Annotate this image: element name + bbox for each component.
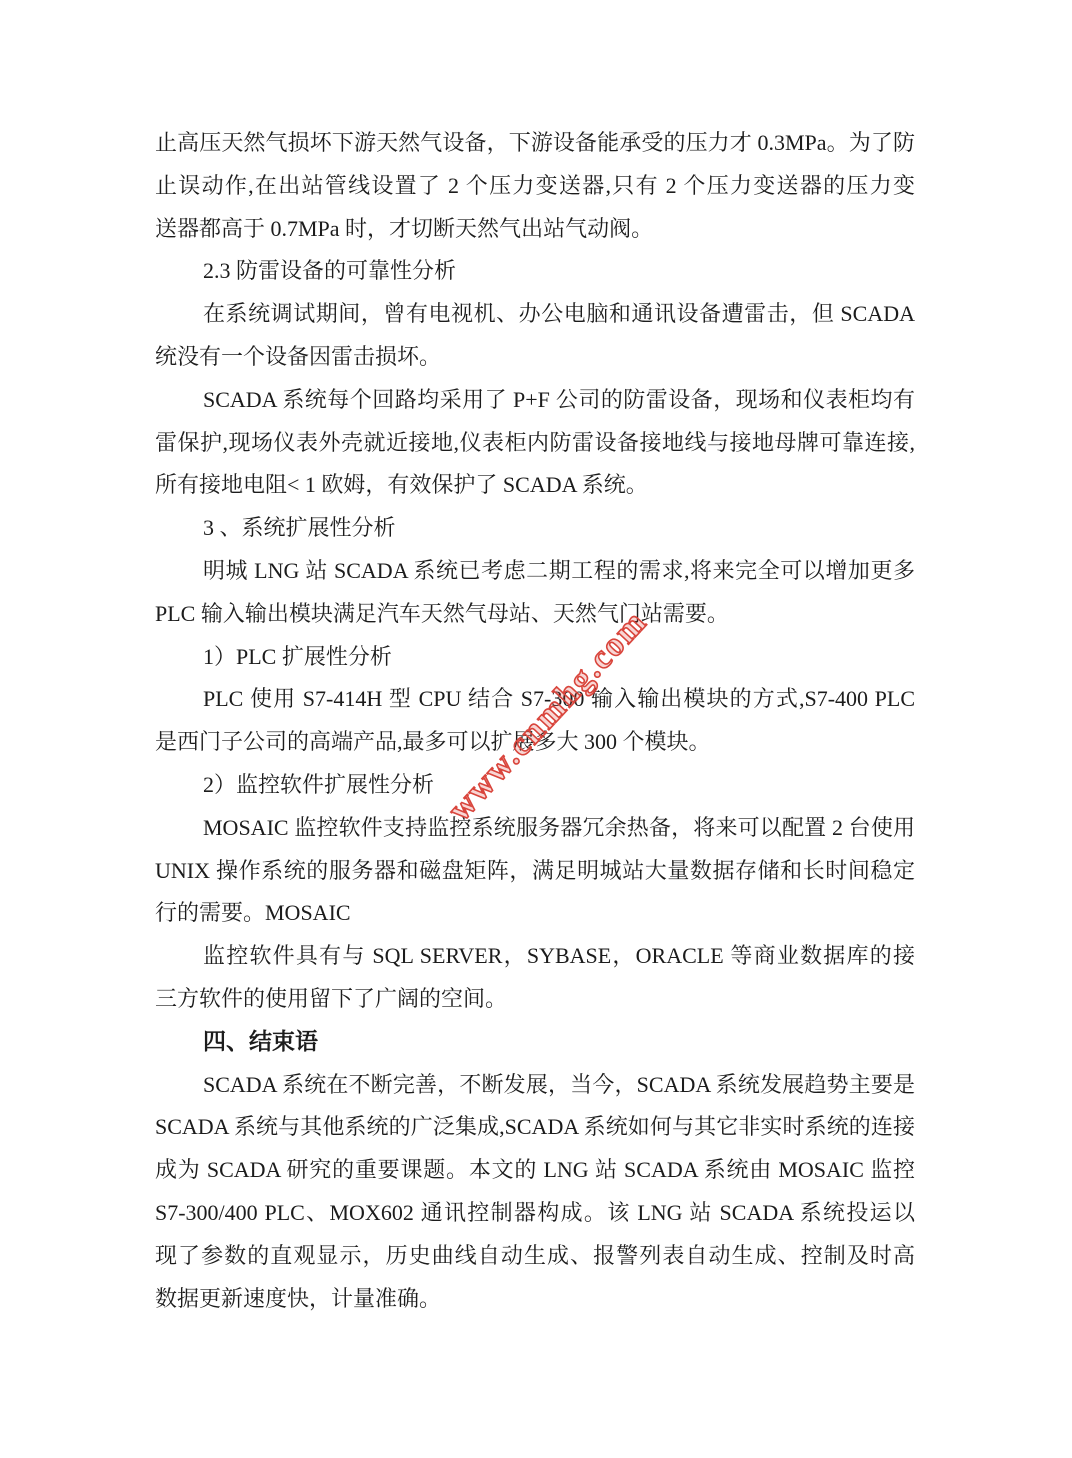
- text-line: 统没有一个设备因雷击损坏。: [155, 336, 915, 379]
- text-line: 2.3 防雷设备的可靠性分析: [155, 250, 915, 293]
- text-line: 四、结束语: [155, 1021, 915, 1064]
- document-page: 止高压天然气损坏下游天然气设备，下游设备能承受的压力才 0.3MPa。为了防止误…: [0, 0, 1072, 1458]
- text-line: 1）PLC 扩展性分析: [155, 636, 915, 679]
- text-line: SCADA 系统在不断完善，不断发展，当今，SCADA 系统发展趋势主要是: [155, 1064, 915, 1107]
- text-line: 监控软件具有与 SQL SERVER，SYBASE，ORACLE 等商业数据库的…: [155, 935, 915, 978]
- text-line: 3 、系统扩展性分析: [155, 507, 915, 550]
- text-line: 数据更新速度快，计量准确。: [155, 1278, 915, 1321]
- text-line: SCADA 系统每个回路均采用了 P+F 公司的防雷设备，现场和仪表柜均有防: [155, 379, 915, 422]
- text-line: 现了参数的直观显示，历史曲线自动生成、报警列表自动生成、控制及时高效，: [155, 1235, 915, 1278]
- text-line: 是西门子公司的高端产品,最多可以扩展多大 300 个模块。: [155, 721, 915, 764]
- text-line: 雷保护,现场仪表外壳就近接地,仪表柜内防雷设备接地线与接地母牌可靠连接,: [155, 422, 915, 465]
- text-line: 2）监控软件扩展性分析: [155, 764, 915, 807]
- text-line: 明城 LNG 站 SCADA 系统已考虑二期工程的需求,将来完全可以增加更多的: [155, 550, 915, 593]
- text-line: 行的需要。MOSAIC: [155, 892, 915, 935]
- text-line: 止误动作,在出站管线设置了 2 个压力变送器,只有 2 个压力变送器的压力变: [155, 165, 915, 208]
- text-line: SCADA 系统与其他系统的广泛集成,SCADA 系统如何与其它非实时系统的连接…: [155, 1106, 915, 1149]
- text-line: 送器都高于 0.7MPa 时，才切断天然气出站气动阀。: [155, 208, 915, 251]
- text-line: 在系统调试期间，曾有电视机、办公电脑和通讯设备遭雷击，但 SCADA 系: [155, 293, 915, 336]
- text-line: 止高压天然气损坏下游天然气设备，下游设备能承受的压力才 0.3MPa。为了防: [155, 122, 915, 165]
- text-line: MOSAIC 监控软件支持监控系统服务器冗余热备，将来可以配置 2 台使用: [155, 807, 915, 850]
- text-line: PLC 输入输出模块满足汽车天然气母站、天然气门站需要。: [155, 593, 915, 636]
- text-line: PLC 使用 S7-414H 型 CPU 结合 S7-300 输入输出模块的方式…: [155, 678, 915, 721]
- text-line: UNIX 操作系统的服务器和磁盘矩阵，满足明城站大量数据存储和长时间稳定运: [155, 850, 915, 893]
- text-line: S7-300/400 PLC、MOX602 通讯控制器构成。该 LNG 站 SC…: [155, 1192, 915, 1235]
- document-body: 止高压天然气损坏下游天然气设备，下游设备能承受的压力才 0.3MPa。为了防止误…: [155, 122, 915, 1320]
- text-line: 三方软件的使用留下了广阔的空间。: [155, 978, 915, 1021]
- text-line: 所有接地电阻< 1 欧姆，有效保护了 SCADA 系统。: [155, 464, 915, 507]
- text-line: 成为 SCADA 研究的重要课题。本文的 LNG 站 SCADA 系统由 MOS…: [155, 1149, 915, 1192]
